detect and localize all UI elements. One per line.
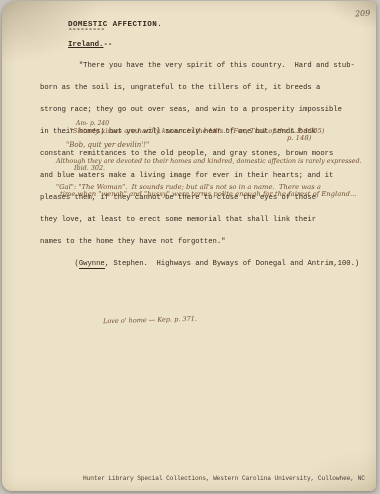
scanned-document-page: 209 DOMESTIC AFFECTION. --------- Irelan…: [0, 0, 380, 494]
library-credit-line: Hunter Library Special Collections, West…: [83, 475, 365, 482]
handwritten-note-quote: "Bob, quit yer devilin'!": [66, 141, 149, 149]
quote-line: and blue waters make a living image for …: [40, 173, 359, 180]
page-number: 209: [354, 8, 370, 18]
handwritten-paragraph-2-line-2: time when "wench" and "hussy" were terms…: [60, 190, 356, 198]
quote-line: they love, at least to erect some memori…: [40, 217, 359, 224]
citation-rest: , Stephen. Highways and Byways of Donega…: [105, 260, 359, 268]
handwritten-note-page-ref: p. 148): [287, 134, 311, 142]
quote-line: "There you have the very spirit of this …: [40, 63, 359, 70]
quote-line: strong race; they go out over seas, and …: [40, 107, 359, 114]
citation-author: Gwynne: [79, 260, 105, 269]
handwritten-ref-under-citation: Am- p. 240: [76, 120, 109, 127]
quote-line: names to the home they have not forgotte…: [40, 239, 359, 246]
title-underline: ---------: [68, 26, 105, 34]
citation-line: (Gwynne, Stephen. Highways and Byways of…: [40, 261, 359, 268]
quote-line: born as the soil is, ungrateful to the t…: [40, 85, 359, 92]
citation-indent: (: [40, 260, 79, 268]
handwritten-note-sisterly-kisses: ... "Sisterly kisses are hardly known in…: [61, 127, 324, 135]
handwritten-paragraph-1-line-2: Ibid. 302.: [74, 164, 105, 172]
